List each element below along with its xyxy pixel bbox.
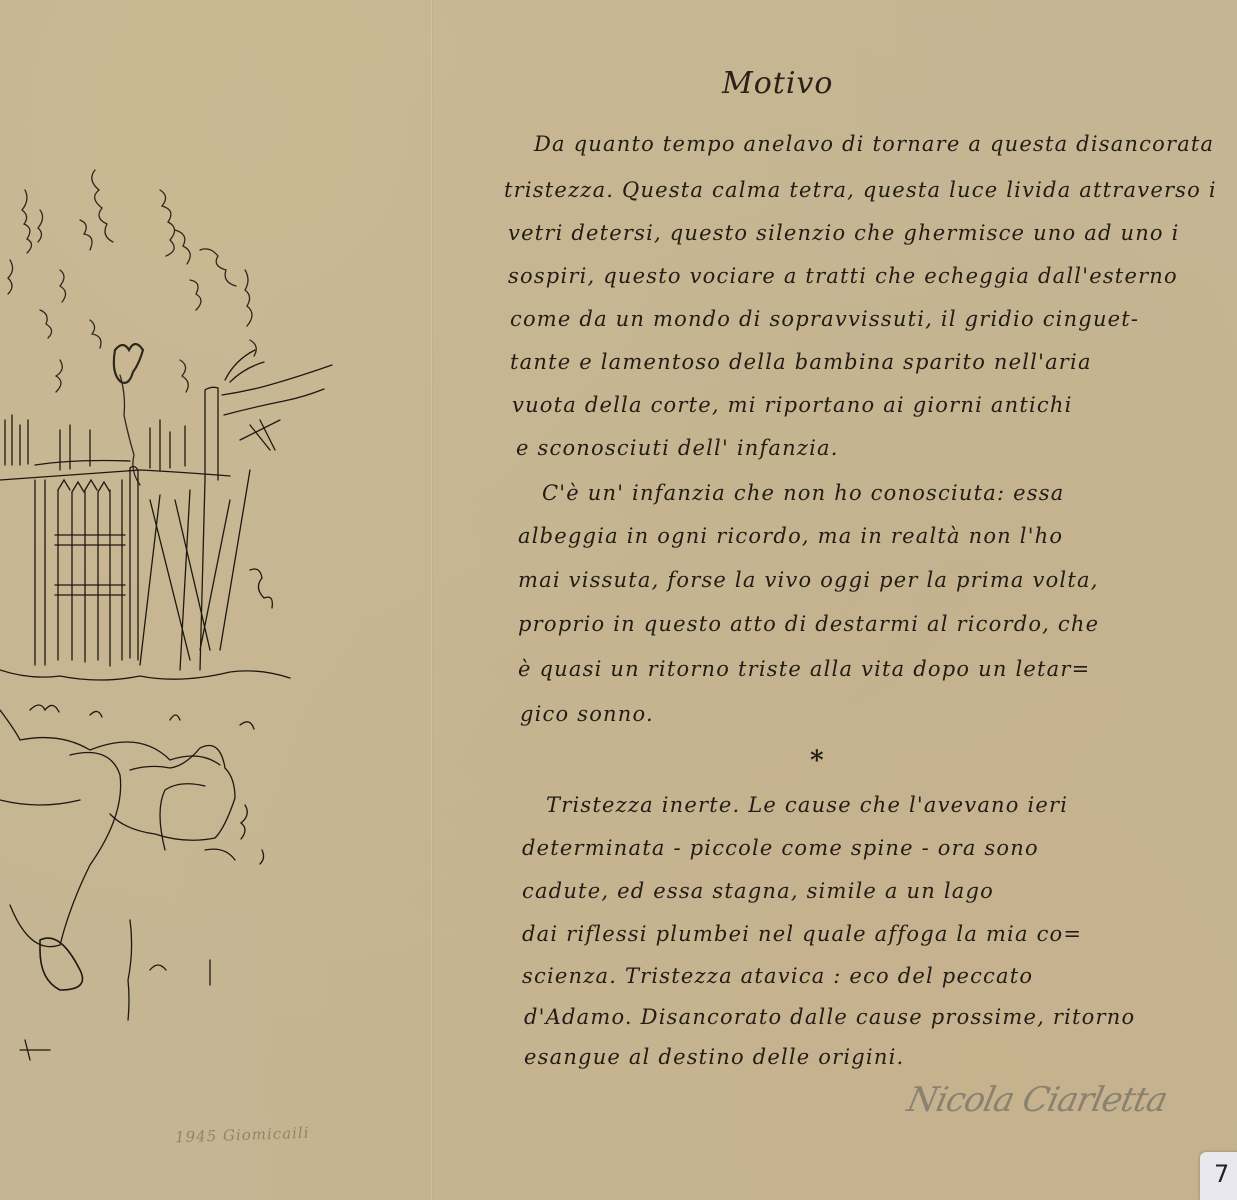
corner-label: 7	[1200, 1152, 1237, 1200]
text-line: Da quanto tempo anelavo di tornare a que…	[534, 132, 1214, 156]
paper-sheet: 1945 Giomicaili Motivo Da quanto tempo a…	[0, 0, 1237, 1200]
text-line: tristezza. Questa calma tetra, questa lu…	[504, 178, 1217, 202]
section-separator: *	[810, 746, 824, 776]
text-line: è quasi un ritorno triste alla vita dopo…	[518, 657, 1090, 681]
illustration-panel: 1945 Giomicaili	[0, 0, 432, 1200]
trees	[8, 170, 256, 485]
text-line: C'è un' infanzia che non ho conosciuta: …	[542, 481, 1064, 505]
text-line: vuota della corte, mi riportano ai giorn…	[512, 393, 1072, 417]
text-line: cadute, ed essa stagna, simile a un lago	[522, 879, 994, 903]
text-line: esangue al destino delle origini.	[524, 1045, 904, 1069]
text-line: vetri detersi, questo silenzio che gherm…	[508, 221, 1180, 245]
text-line: tante e lamentoso della bambina sparito …	[510, 350, 1092, 374]
ink-drawing	[0, 150, 340, 1100]
gate	[0, 461, 290, 730]
text-line: dai riflessi plumbei nel quale affoga la…	[522, 922, 1082, 946]
rocks-figure	[0, 710, 264, 1060]
artist-signature: 1945 Giomicaili	[175, 1124, 310, 1147]
text-line: d'Adamo. Disancorato dalle cause prossim…	[524, 1005, 1135, 1029]
grass-posts	[5, 350, 332, 480]
text-line: Tristezza inerte. Le cause che l'avevano…	[546, 793, 1068, 817]
manuscript-panel: Motivo Da quanto tempo anelavo di tornar…	[432, 0, 1237, 1200]
text-line: come da un mondo di sopravvissuti, il gr…	[510, 307, 1139, 331]
text-line: gico sonno.	[520, 702, 654, 726]
poem-title: Motivo	[722, 66, 833, 101]
text-line: albeggia in ogni ricordo, ma in realtà n…	[518, 524, 1063, 548]
text-line: mai vissuta, forse la vivo oggi per la p…	[518, 568, 1099, 592]
corner-label-text: 7	[1214, 1160, 1229, 1188]
text-line: e sconosciuti dell' infanzia.	[516, 436, 839, 460]
text-line: scienza. Tristezza atavica : eco del pec…	[522, 964, 1033, 988]
text-line: sospiri, questo vociare a tratti che ech…	[508, 264, 1178, 288]
author-signature: Nicola Ciarletta	[904, 1080, 1171, 1120]
text-line: determinata - piccole come spine - ora s…	[522, 836, 1039, 860]
text-line: proprio in questo atto di destarmi al ri…	[518, 612, 1099, 636]
